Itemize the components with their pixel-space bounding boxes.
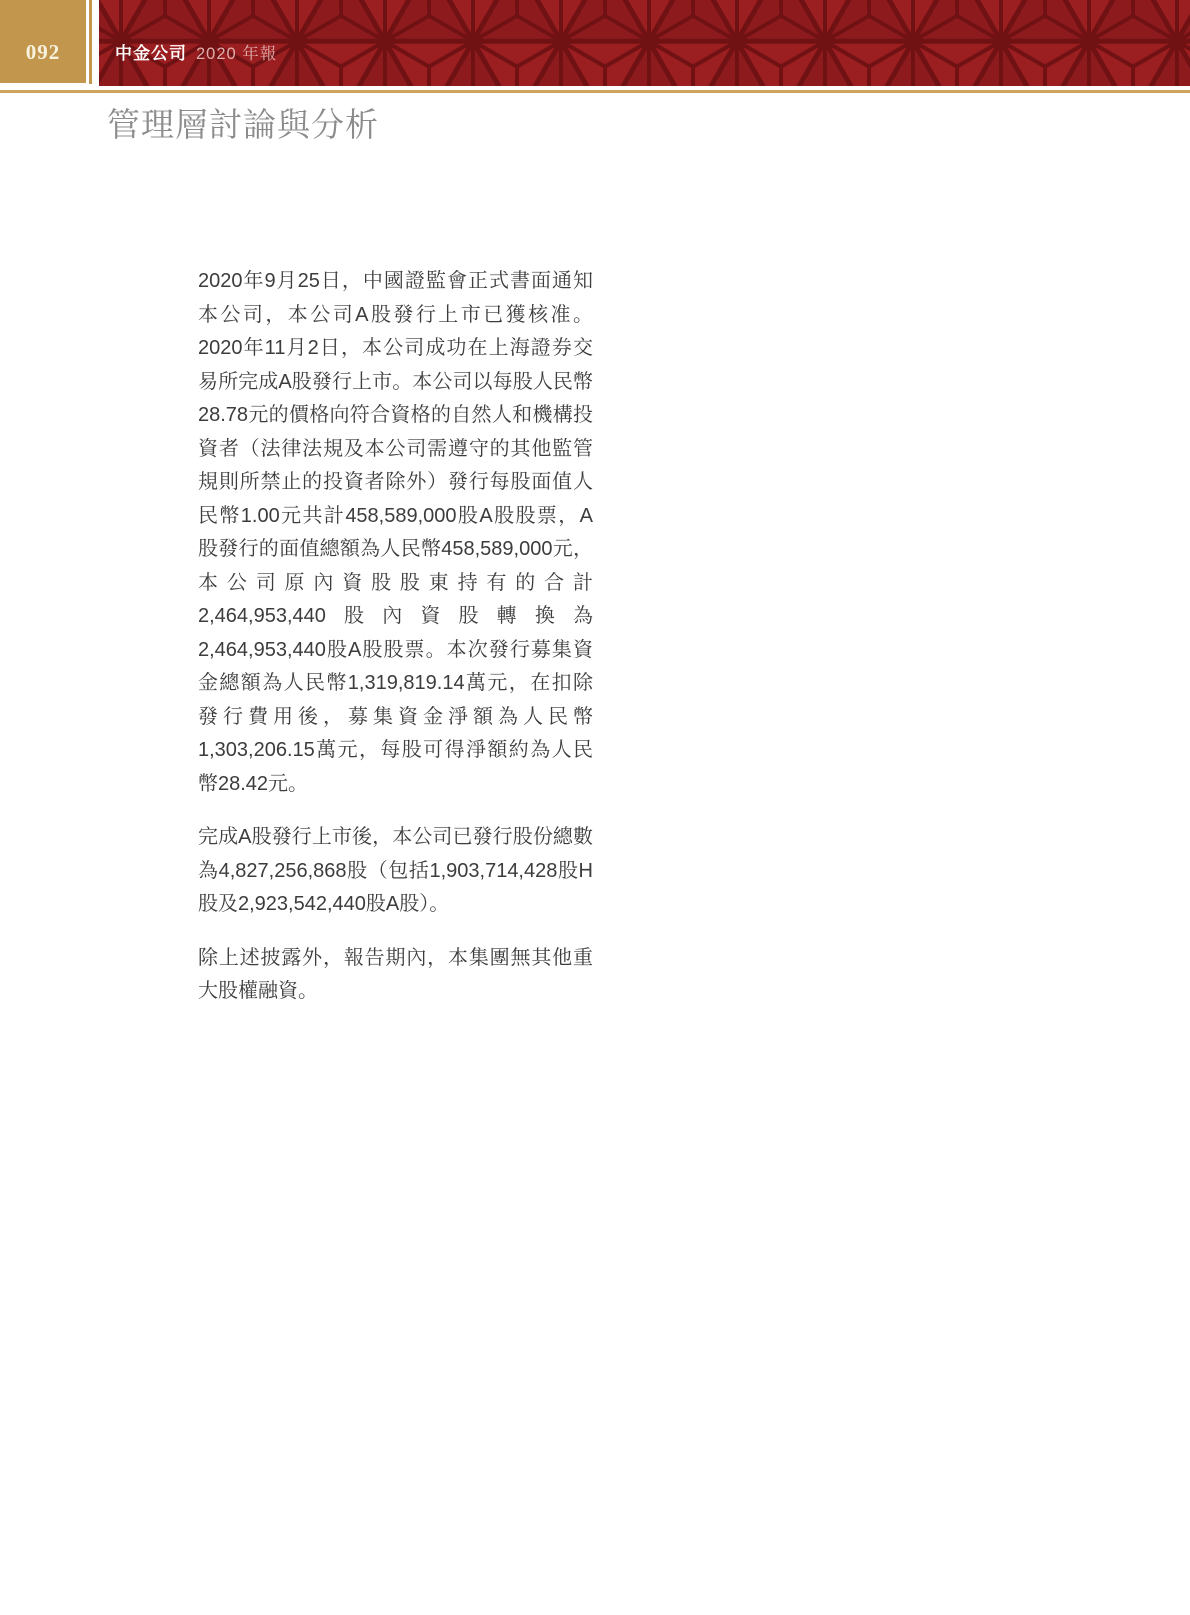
paragraph-no-other-financing: 除上述披露外，報告期內，本集團無其他重大股權融資。: [198, 942, 593, 1009]
page-number-block: 092: [0, 0, 86, 83]
asanoha-pattern-icon: [99, 0, 1190, 86]
banner-text: 中金公司2020 年報: [115, 44, 277, 65]
brand-banner: 中金公司2020 年報: [99, 0, 1190, 86]
body-content: 2020年9月25日，中國證監會正式書面通知本公司，本公司A股發行上市已獲核准。…: [198, 265, 593, 1029]
paragraph-a-share-approval: 2020年9月25日，中國證監會正式書面通知本公司，本公司A股發行上市已獲核准。…: [198, 265, 593, 801]
company-name: 中金公司: [115, 44, 187, 63]
paragraph-total-shares: 完成A股發行上市後，本公司已發行股份總數為4,827,256,868股（包括1,…: [198, 821, 593, 922]
section-title: 管理層討論與分析: [107, 103, 379, 149]
report-page: 092 中金公司2020 年報 管理層討論與分析: [0, 0, 1190, 1615]
page-number: 092: [26, 40, 61, 65]
report-edition: 2020 年報: [196, 45, 277, 63]
gold-vertical-rule: [89, 0, 92, 84]
gold-horizontal-rule: [0, 90, 1190, 93]
